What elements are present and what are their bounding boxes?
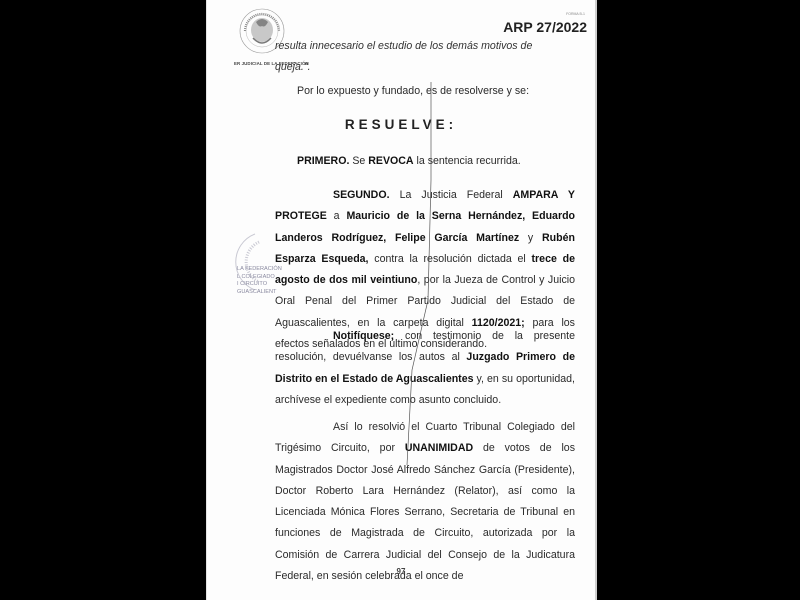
intro-paragraph: Por lo expuesto y fundado, es de resolve… — [275, 81, 575, 102]
quote-paragraph: resulta innecesario el estudio de los de… — [275, 36, 575, 79]
intro-text: Por lo expuesto y fundado, es de resolve… — [297, 85, 529, 97]
notifiquese-paragraph: Notifíquese; con testimonio de la presen… — [275, 326, 575, 411]
quote-line-2: queja.". — [275, 61, 311, 73]
resolution-heading: RESUELVE: — [207, 117, 595, 132]
case-number: ARP 27/2022 — [503, 19, 587, 35]
form-code: FORMA B-1 — [566, 12, 585, 16]
notifiquese-label: Notifíquese; — [333, 330, 394, 342]
court-stamp-text: LA FEDERACIÓN L COLEGIADO I CIRCUITO GUA… — [237, 266, 282, 296]
closing-paragraph: Así lo resolvió el Cuarto Tribunal Coleg… — [275, 417, 575, 587]
document-page: ER JUDICIAL DE LA FEDERACIÓN FORMA B-1 A… — [206, 0, 597, 600]
quote-line-1: resulta innecesario el estudio de los de… — [275, 40, 532, 52]
primero-label: PRIMERO. — [297, 155, 349, 167]
page-number: 97 — [207, 567, 595, 576]
primero-paragraph: PRIMERO. Se REVOCA la sentencia recurrid… — [275, 151, 575, 172]
segundo-label: SEGUNDO. — [333, 189, 390, 201]
